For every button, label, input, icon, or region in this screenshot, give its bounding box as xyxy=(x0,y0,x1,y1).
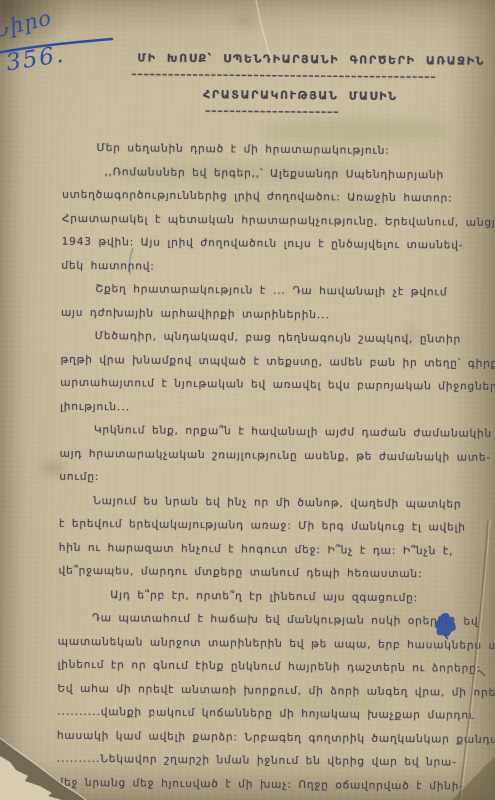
typewritten-line: մեջ նրանց մեջ հյուսված է մի խաչ: Ողջը օճ… xyxy=(56,771,487,799)
typewritten-line: Դա պատահում է հաճախ եվ մանկության ոսկի օ… xyxy=(92,607,489,634)
body-lines: Մեր սեղանին դրած է մի հրատարակություն:,,… xyxy=(56,137,493,799)
document-title-line1: ՄԻ ԽՈՍՔ՝ ՍՊԵՆԴԻԱՐՅԱՆԻ ԳՈՐԾԵՐԻ ԱՌԱՋԻՆ ՀԱՏ… xyxy=(137,51,495,68)
typewritten-line: արտահայտում է նյութական եվ առավել եվս բա… xyxy=(60,372,491,400)
scanned-archive-page: { "document": { "kind": "typewritten Arm… xyxy=(0,0,495,800)
typewritten-line: է երեվում երեվակայությանդ առաջ: Մի երգ մ… xyxy=(59,513,490,541)
typewritten-line: Մեծադիր, պնդակազմ, բաց դեղնագույն շապկով… xyxy=(95,325,492,352)
typewritten-line: այդ հրատարակչական շռայլությունը ասենք, թ… xyxy=(60,442,491,470)
typewritten-line: ․․․․․․․․․․Նեկավոր շղարշի նման իջնում են … xyxy=(57,748,488,776)
document-title-line2: ՀՐԱՏԱՐԱԿՈՒԹՅԱՆ ՄԱՍԻՆ xyxy=(203,88,398,103)
typewritten-line: լինեում էր որ գնում էինք ընկնում հայրենի… xyxy=(57,654,488,682)
typewritten-text-layer: ՄԻ ԽՈՍՔ՝ ՍՊԵՆԴԻԱՐՅԱՆԻ ԳՈՐԾԵՐԻ ԱՌԱՋԻՆ ՀԱՏ… xyxy=(0,0,495,800)
title-underline-dashes: –––––––––––––––––––––– xyxy=(205,104,339,118)
typewritten-line: ստեղծագործություններից լրիվ ժողովածու: Ա… xyxy=(62,184,493,212)
paper-sheet: Նիրօ 356. ՄԻ ԽՈՍՔ՝ ՍՊԵՆԴԻԱՐՅԱՆԻ ԳՈՐԾԵՐԻ … xyxy=(0,0,495,800)
typewritten-line: 1943 թվին: Այս լրիվ ժողովածուն լույս է ը… xyxy=(62,231,493,259)
typewritten-line: Մեր սեղանին դրած է մի հրատարակություն: xyxy=(96,137,493,164)
typewritten-line: վե՞րջապես, մարդու մտքերը տանում դեպի հեռ… xyxy=(58,560,489,588)
typewritten-line: ․․․․․․․․․․վանքի բակում կոճանները մի հոյա… xyxy=(57,701,488,729)
typewritten-line: Շքեղ հրատարակություն է ․․․ Դա հավանալի չ… xyxy=(95,278,492,305)
title-underline-dashes: ––––––––––––––––––––––––––––––––––––––––… xyxy=(131,67,436,83)
typewritten-line: Կրկնում ենք, որքա՞ն է հավանալի այժմ դաժա… xyxy=(94,419,491,446)
